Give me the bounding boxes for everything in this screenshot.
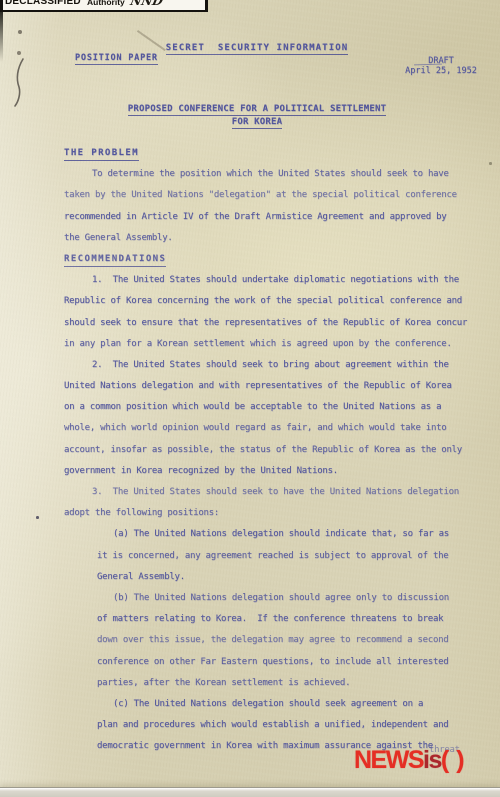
authority-number-handwritten: NND 917677 <box>126 0 208 12</box>
document-body: THE PROBLEMTo determine the position whi… <box>64 140 484 754</box>
line-text: conference on other Far Eastern question… <box>97 657 448 668</box>
line-text: the General Assembly. <box>64 233 173 244</box>
line-text: of matters relating to Korea. If the con… <box>97 614 443 625</box>
document-line: of matters relating to Korea. If the con… <box>64 606 484 627</box>
page-title-line2: FOR KOREA <box>232 117 283 129</box>
line-text: 3. The United States should seek to have… <box>92 487 459 498</box>
document-line: To determine the position which the Unit… <box>64 161 484 182</box>
authority-label: Authority <box>87 0 125 7</box>
line-text: RECOMMENDATIONS <box>64 254 166 267</box>
document-line: (b) The United Nations delegation should… <box>64 585 484 606</box>
line-text: in any plan for a Korean settlement whic… <box>64 339 452 350</box>
document-line: in any plan for a Korean settlement whic… <box>64 331 484 352</box>
line-text: recommended in Article IV of the Draft A… <box>64 212 446 223</box>
line-text: THE PROBLEM <box>64 148 139 161</box>
scan-bottom-edge <box>0 787 500 797</box>
document-line: it is concerned, any agreement reached i… <box>64 543 484 564</box>
logo-text-news: NEWS <box>354 746 423 774</box>
line-text: government in Korea recognized by the Un… <box>64 466 338 477</box>
line-text: on a common position which would be acce… <box>64 402 441 413</box>
doc-type-row: POSITION PAPER <box>75 53 158 65</box>
scan-edge-shadow <box>0 10 3 62</box>
document-line: United Nations delegation and with repre… <box>64 373 484 394</box>
document-line: 3. The United States should seek to have… <box>64 479 484 500</box>
classification-row: SECRET SECURITY INFORMATION <box>14 35 500 55</box>
document-line: General Assembly. <box>64 564 484 585</box>
document-line: Republic of Korea concerning the work of… <box>64 288 484 309</box>
section-heading: RECOMMENDATIONS <box>64 246 484 267</box>
document-line: (c) The United Nations delegation should… <box>64 691 484 712</box>
punch-hole-mark <box>17 51 21 55</box>
line-text: plan and procedures which would establis… <box>97 720 448 731</box>
ink-speck <box>36 516 39 519</box>
line-text: (c) The United Nations delegation should… <box>113 699 423 710</box>
line-text: taken by the United Nations "delegation"… <box>64 190 457 201</box>
logo-paren-open: ( <box>441 746 449 774</box>
document-line: whole, which world opinion would regard … <box>64 415 484 436</box>
line-text: parties, after the Korean settlement is … <box>97 678 350 689</box>
paper-speck <box>489 162 492 165</box>
document-date: April 25, 1952 <box>405 66 477 76</box>
document-line: on a common position which would be acce… <box>64 394 484 415</box>
logo-paren-close: ) <box>456 746 464 774</box>
document-line: down over this issue, the delegation may… <box>64 627 484 648</box>
line-text: Republic of Korea concerning the work of… <box>64 296 462 307</box>
document-line: adopt the following positions: <box>64 500 484 521</box>
classification-label: SECRET SECURITY INFORMATION <box>166 43 349 55</box>
document-line: the General Assembly. <box>64 225 484 246</box>
declassified-label: DECLASSIFIED <box>5 0 81 7</box>
line-text: should seek to ensure that the represent… <box>64 318 467 329</box>
line-text: 1. The United States should undertake di… <box>92 275 459 286</box>
position-paper-label: POSITION PAPER <box>75 53 158 65</box>
line-text: whole, which world opinion would regard … <box>64 423 446 434</box>
document-line: plan and procedures which would establis… <box>64 712 484 733</box>
pencil-bracket-mark <box>13 57 27 109</box>
document-line: recommended in Article IV of the Draft A… <box>64 204 484 225</box>
document-line: (a) The United Nations delegation should… <box>64 521 484 542</box>
document-line: conference on other Far Eastern question… <box>64 649 484 670</box>
document-scan: DECLASSIFIED Authority NND 917677 SECRET… <box>0 0 500 797</box>
punch-hole-mark <box>18 30 22 34</box>
line-text: (b) The United Nations delegation should… <box>113 593 449 604</box>
document-line: taken by the United Nations "delegation"… <box>64 182 484 203</box>
document-line: government in Korea recognized by the Un… <box>64 458 484 479</box>
declassified-stamp: DECLASSIFIED Authority NND 917677 <box>0 0 208 12</box>
line-text: adopt the following positions: <box>64 508 219 519</box>
document-line: account, insofar as possible, the status… <box>64 437 484 458</box>
document-line: 2. The United States should seek to brin… <box>64 352 484 373</box>
line-text: To determine the position which the Unit… <box>92 169 449 180</box>
document-line: parties, after the Korean settlement is … <box>64 670 484 691</box>
date-row: April 25, 1952 <box>395 66 487 76</box>
document-line: should seek to ensure that the represent… <box>64 310 484 331</box>
line-text: account, insofar as possible, the status… <box>64 445 462 456</box>
title-row-2: FOR KOREA <box>14 109 500 129</box>
line-text: it is concerned, any agreement reached i… <box>97 551 448 562</box>
line-text: United Nations delegation and with repre… <box>64 381 452 392</box>
line-text: down over this issue, the delegation may… <box>97 635 448 646</box>
line-text: 2. The United States should seek to brin… <box>92 360 449 371</box>
line-text: General Assembly. <box>97 572 185 583</box>
newsis-watermark-logo: NEWSis() <box>354 747 465 773</box>
line-text: (a) The United Nations delegation should… <box>113 529 449 540</box>
logo-text-is: is <box>423 746 441 774</box>
document-line: 1. The United States should undertake di… <box>64 267 484 288</box>
section-heading: THE PROBLEM <box>64 140 484 161</box>
